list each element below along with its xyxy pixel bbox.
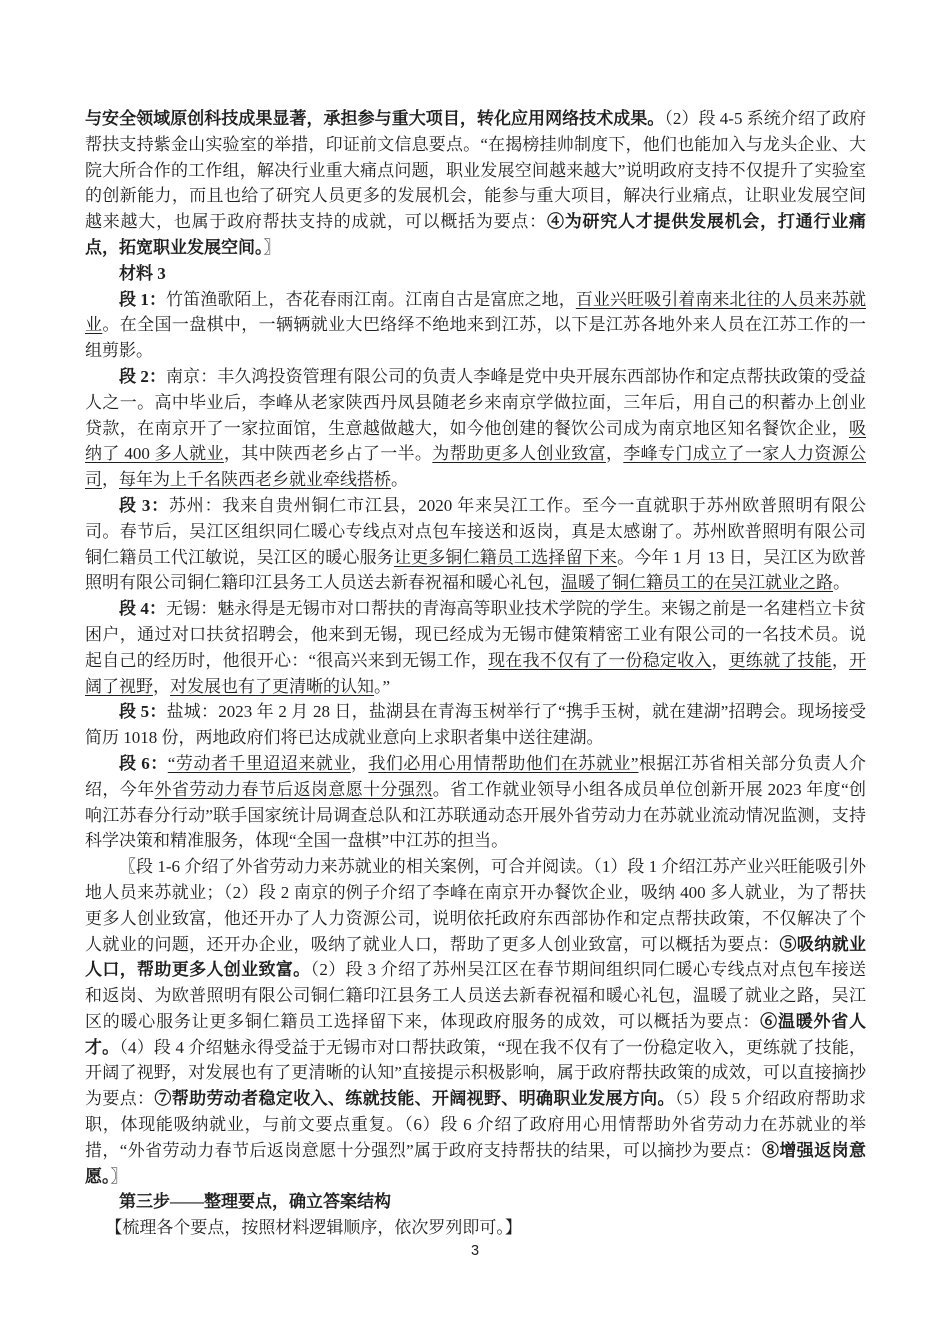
text-run: 。在全国一盘棋中，一辆辆就业大巴络绎不绝地来到江苏，以下是江苏各地外来人员在江苏… bbox=[85, 315, 866, 360]
paragraph: 段 1：竹笛渔歌陌上，杏花春雨江南。江南自古是富庶之地，百业兴旺吸引着南来北往的… bbox=[85, 287, 866, 364]
text-run: 第三步——整理要点，确立答案结构 bbox=[119, 1192, 391, 1211]
text-run: 。 bbox=[391, 470, 408, 489]
paragraph: 第三步——整理要点，确立答案结构 bbox=[85, 1189, 866, 1215]
paragraph: 〖段 1-6 介绍了外省劳动力来苏就业的相关案例，可合并阅读。（1）段 1 介绍… bbox=[85, 854, 866, 1189]
text-run: ， bbox=[832, 651, 849, 670]
text-run: 南京：丰久鸿投资管理有限公司的负责人李峰是党中央开展东西部协作和定点帮扶政策的受… bbox=[85, 367, 866, 438]
text-run: 竹笛渔歌陌上，杏花春雨江南。江南自古是富庶之地， bbox=[166, 290, 576, 309]
text-run: ， bbox=[606, 444, 623, 463]
text-run: ， bbox=[102, 470, 119, 489]
text-run: 对发展也有了更清晰的认知 bbox=[170, 677, 374, 696]
paragraph: 材料 3 bbox=[85, 261, 866, 287]
text-run: 段 1： bbox=[119, 290, 166, 309]
paragraph: 【梳理各个要点，按照材料逻辑顺序，依次罗列即可。】 bbox=[85, 1215, 866, 1241]
text-run: 〖段 1-6 介绍了外省劳动力来苏就业的相关案例，可合并阅读。（1）段 1 介绍… bbox=[85, 857, 866, 953]
text-run: 。” bbox=[374, 677, 390, 696]
text-run: 我们必用心用情帮助他们在苏就业” bbox=[368, 754, 638, 773]
paragraph: 段 6：“劳动者千里迢迢来就业，我们必用心用情帮助他们在苏就业”根据江苏省相关部… bbox=[85, 751, 866, 854]
text-run: ， bbox=[153, 677, 170, 696]
document-page: 与安全领域原创科技成果显著，承担参与重大项目，转化应用网络技术成果。（2）段 4… bbox=[0, 0, 950, 1344]
text-run: “劳动者千里迢迢来就业 bbox=[168, 754, 351, 773]
text-run: 让更多铜仁籍员工选择留下来 bbox=[394, 548, 617, 567]
text-run: 温暖了铜仁籍员工的在吴江就业之路 bbox=[561, 573, 833, 592]
paragraph: 段 2：南京：丰久鸿投资管理有限公司的负责人李峰是党中央开展东西部协作和定点帮扶… bbox=[85, 364, 866, 493]
text-run: 盐城：2023 年 2 月 28 日，盐湖县在青海玉树举行了“携手玉树，就在建湖… bbox=[85, 702, 866, 747]
text-run: 【梳理各个要点，按照材料逻辑顺序，依次罗列即可。】 bbox=[105, 1218, 522, 1237]
text-run: ， bbox=[351, 754, 369, 773]
paragraph: 段 3：苏州：我来自贵州铜仁市江县，2020 年来吴江工作。至今一直就职于苏州欧… bbox=[85, 493, 866, 596]
text-run: 段 6： bbox=[119, 754, 168, 773]
text-run: 为帮助更多人创业致富 bbox=[432, 444, 606, 463]
paragraph: 段 5：盐城：2023 年 2 月 28 日，盐湖县在青海玉树举行了“携手玉树，… bbox=[85, 699, 866, 751]
text-run: 更练就了技能 bbox=[729, 651, 832, 670]
text-run: 每年为上千名陕西老乡就业牵线搭桥 bbox=[119, 470, 391, 489]
page-number: 3 bbox=[0, 1243, 950, 1259]
text-run: 。 bbox=[833, 573, 850, 592]
text-run: 外省劳动力春节后返岗意愿十分强烈 bbox=[155, 780, 433, 799]
text-run: ， bbox=[712, 651, 729, 670]
paragraph: 与安全领域原创科技成果显著，承担参与重大项目，转化应用网络技术成果。（2）段 4… bbox=[85, 106, 866, 261]
text-run: 段 3： bbox=[119, 496, 169, 515]
text-run: 段 2： bbox=[119, 367, 166, 386]
document-body: 与安全领域原创科技成果显著，承担参与重大项目，转化应用网络技术成果。（2）段 4… bbox=[85, 106, 866, 1241]
text-run: 〗 bbox=[264, 238, 281, 257]
text-run: ，其中陕西老乡占了一半。 bbox=[224, 444, 432, 463]
text-run: 材料 3 bbox=[119, 264, 166, 283]
text-run: 〗 bbox=[111, 1167, 128, 1186]
text-run: ⑦帮助劳动者稳定收入、练就技能、开阔视野、明确职业发展方向。 bbox=[154, 1089, 674, 1108]
text-run: 段 4： bbox=[119, 599, 166, 618]
paragraph: 段 4：无锡：魅永得是无锡市对口帮扶的青海高等职业技术学院的学生。来锡之前是一名… bbox=[85, 596, 866, 699]
text-run: 与安全领域原创科技成果显著，承担参与重大项目，转化应用网络技术成果。 bbox=[85, 109, 664, 128]
text-run: 现在我不仅有了一份稳定收入 bbox=[488, 651, 711, 670]
text-run: 段 5： bbox=[119, 702, 167, 721]
